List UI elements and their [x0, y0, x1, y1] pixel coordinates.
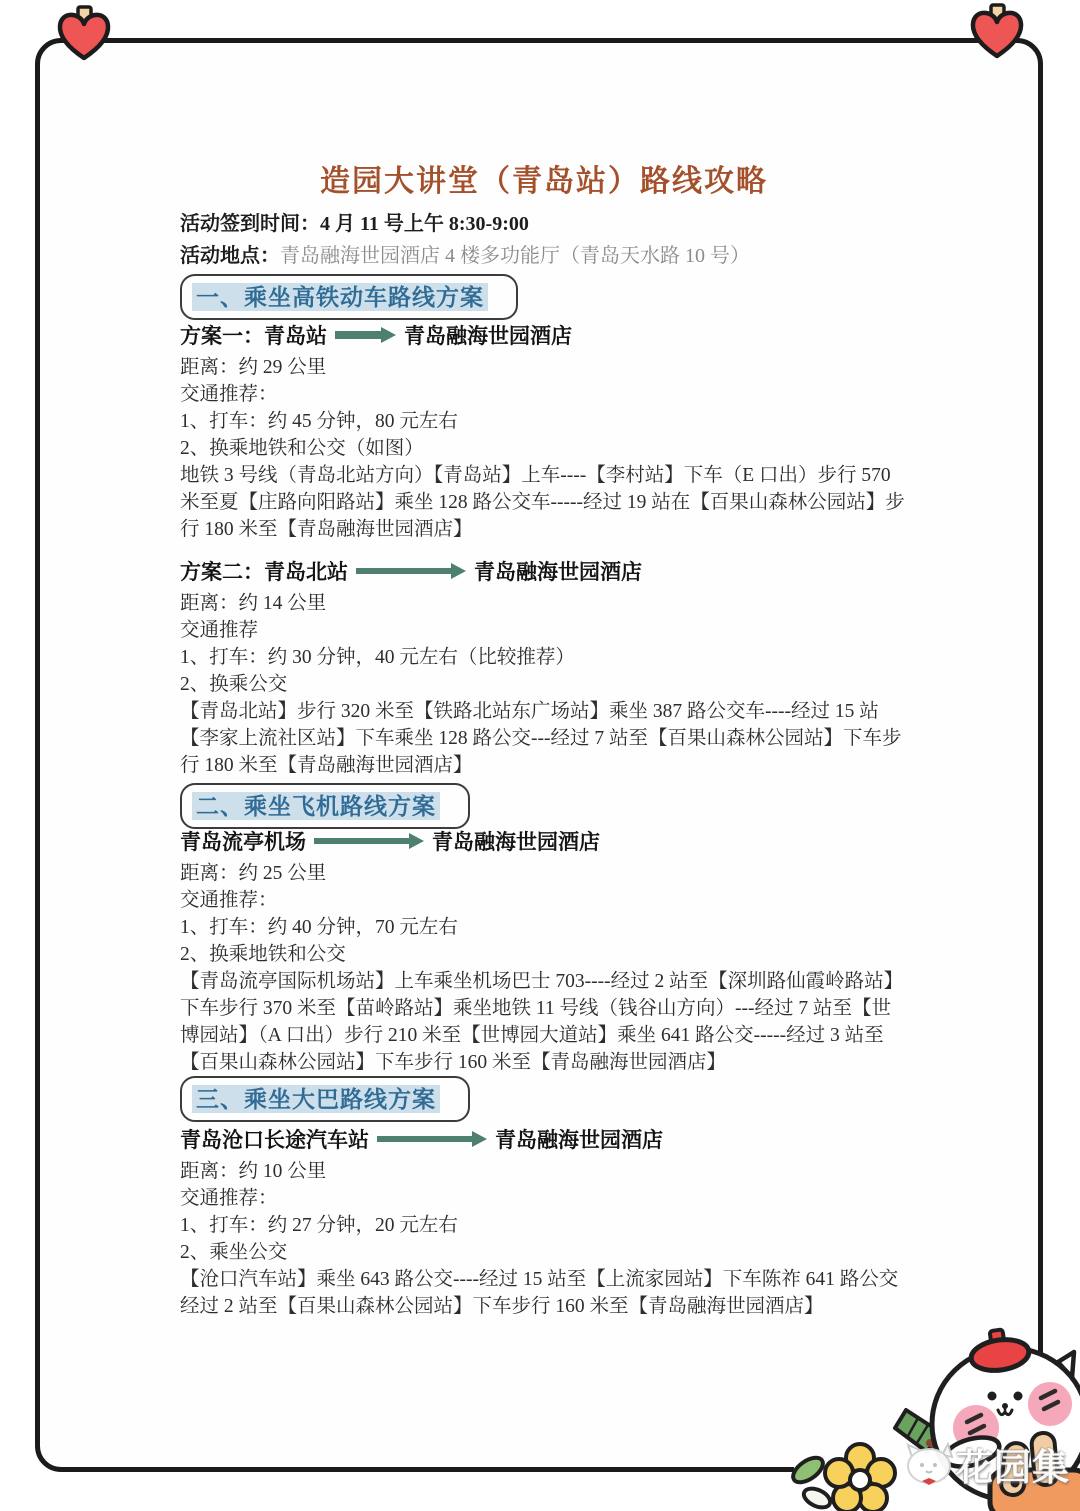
section-2-heading: 二、乘坐飞机路线方案 [192, 792, 440, 820]
section-2-header: 二、乘坐飞机路线方案 [180, 783, 470, 829]
route-1-to: 青岛融海世园酒店 [404, 320, 572, 350]
route-1-distance: 距离：约 29 公里 [180, 354, 910, 381]
route-2-distance: 距离：约 14 公里 [180, 590, 910, 617]
section-1-header: 一、乘坐高铁动车路线方案 [180, 274, 518, 320]
route-plan-1: 方案一：青岛站 青岛融海世园酒店 距离：约 29 公里 交通推荐： 1、打车：约… [180, 320, 910, 543]
route-1-from: 方案一：青岛站 [180, 320, 327, 350]
section-1-heading: 一、乘坐高铁动车路线方案 [192, 283, 488, 311]
signin-value: 4 月 11 号上午 8:30-9:00 [320, 213, 529, 235]
route-3-from: 青岛流亭机场 [180, 826, 306, 856]
route-3-heading: 青岛流亭机场 青岛融海世园酒店 [180, 826, 910, 856]
route-4-reco-label: 交通推荐： [180, 1185, 910, 1212]
eye-right [1014, 1392, 1023, 1401]
location-value: 青岛融海世园酒店 4 楼多功能厅（青岛天水路 10 号） [280, 245, 750, 267]
route-2-from: 方案二：青岛北站 [180, 556, 348, 586]
document-content: 造园大讲堂（青岛站）路线攻略 活动签到时间：4 月 11 号上午 8:30-9:… [0, 0, 1080, 1511]
heart-pin-right-icon [964, 2, 1030, 62]
route-3-option-1: 1、打车：约 40 分钟，70 元左右 [180, 914, 910, 941]
location-line: 活动地点：青岛融海世园酒店 4 楼多功能厅（青岛天水路 10 号） [180, 242, 920, 270]
section-3-heading: 三、乘坐大巴路线方案 [192, 1085, 440, 1113]
route-4-option-1: 1、打车：约 27 分钟，20 元左右 [180, 1212, 910, 1239]
route-4-detail: 【沧口汽车站】乘坐 643 路公交----经过 15 站至【上流家园站】下车陈祚… [180, 1266, 910, 1320]
section-3-header: 三、乘坐大巴路线方案 [180, 1076, 470, 1122]
route-2-option-2: 2、换乘公交 [180, 671, 910, 698]
route-3-option-2: 2、换乘地铁和公交 [180, 941, 910, 968]
route-2-to: 青岛融海世园酒店 [474, 556, 642, 586]
signin-label: 活动签到时间： [180, 213, 320, 235]
location-label: 活动地点： [180, 245, 280, 267]
route-2-option-1: 1、打车：约 30 分钟，40 元左右（比较推荐） [180, 644, 910, 671]
route-3-distance: 距离：约 25 公里 [180, 860, 910, 887]
route-arrow-icon [356, 563, 466, 579]
route-arrow-icon [314, 833, 424, 849]
brand-name: 花园集 [956, 1437, 1070, 1491]
route-plan-2: 方案二：青岛北站 青岛融海世园酒店 距离：约 14 公里 交通推荐 1、打车：约… [180, 556, 910, 779]
route-plan-4: 青岛沧口长途汽车站 青岛融海世园酒店 距离：约 10 公里 交通推荐： 1、打车… [180, 1124, 910, 1320]
route-4-option-2: 2、乘坐公交 [180, 1239, 910, 1266]
route-4-distance: 距离：约 10 公里 [180, 1158, 910, 1185]
route-2-detail: 【青岛北站】步行 320 米至【铁路北站东广场站】乘坐 387 路公交车----… [180, 698, 910, 779]
route-2-heading: 方案二：青岛北站 青岛融海世园酒店 [180, 556, 910, 586]
route-plan-3: 青岛流亭机场 青岛融海世园酒店 距离：约 25 公里 交通推荐： 1、打车：约 … [180, 826, 910, 1076]
route-arrow-icon [377, 1131, 487, 1147]
route-4-heading: 青岛沧口长途汽车站 青岛融海世园酒店 [180, 1124, 910, 1154]
signin-time-line: 活动签到时间：4 月 11 号上午 8:30-9:00 [180, 210, 920, 238]
route-2-reco-label: 交通推荐 [180, 617, 910, 644]
route-1-heading: 方案一：青岛站 青岛融海世园酒店 [180, 320, 910, 350]
route-3-detail: 【青岛流亭国际机场站】上车乘坐机场巴士 703----经过 2 站至【深圳路仙霞… [180, 968, 910, 1076]
heart-pin-left-icon [51, 4, 117, 64]
route-3-to: 青岛融海世园酒店 [432, 826, 600, 856]
route-1-detail: 地铁 3 号线（青岛北站方向）【青岛站】上车----【李村站】下车（E 口出）步… [180, 462, 910, 543]
flower-icon [825, 1444, 895, 1511]
route-4-to: 青岛融海世园酒店 [495, 1124, 663, 1154]
route-3-reco-label: 交通推荐： [180, 887, 910, 914]
route-1-option-2: 2、换乘地铁和公交（如图） [180, 435, 910, 462]
eye-left [988, 1392, 997, 1401]
route-4-from: 青岛沧口长途汽车站 [180, 1124, 369, 1154]
brand-cat-logo-icon [902, 1441, 954, 1487]
route-1-reco-label: 交通推荐： [180, 381, 910, 408]
route-1-option-1: 1、打车：约 45 分钟，80 元左右 [180, 408, 910, 435]
route-arrow-icon [335, 327, 396, 343]
brand-watermark: 花园集 [902, 1437, 1070, 1491]
page-title: 造园大讲堂（青岛站）路线攻略 [180, 156, 908, 200]
